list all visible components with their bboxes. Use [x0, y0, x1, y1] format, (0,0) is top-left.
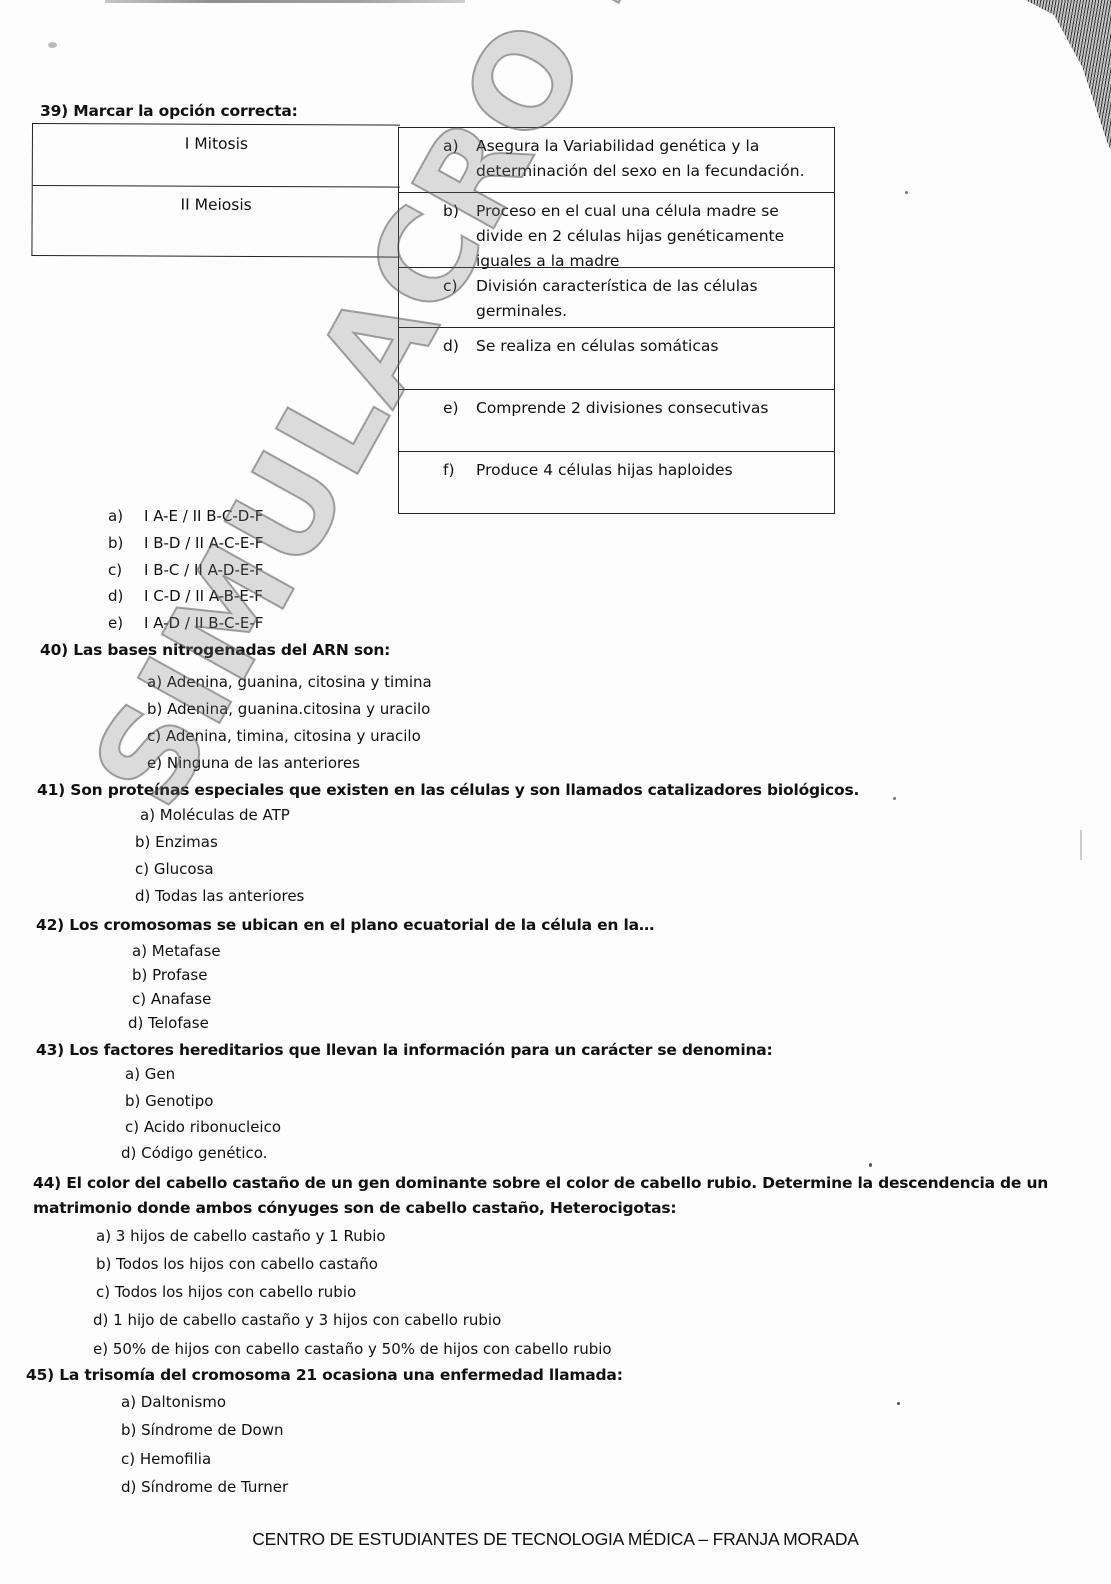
scan-speck — [869, 1163, 872, 1167]
q42-option-c[interactable]: c) Anafase — [132, 990, 211, 1008]
q39-option-d[interactable]: d)I C-D / II A-B-E-F — [108, 587, 263, 605]
q45-option-a[interactable]: a) Daltonismo — [121, 1393, 226, 1411]
q45-option-c[interactable]: c) Hemofilia — [121, 1450, 211, 1468]
scan-artifact-corner — [1016, 0, 1111, 150]
question-42-title: 42) Los cromosomas se ubican en el plano… — [36, 916, 654, 934]
option-text: I A-E / II B-C-D-F — [144, 507, 263, 525]
q39-option-a[interactable]: a)I A-E / II B-C-D-F — [108, 507, 263, 525]
q43-option-b[interactable]: b) Genotipo — [125, 1092, 213, 1110]
q43-option-a[interactable]: a) Gen — [125, 1065, 175, 1083]
statement-label: c) — [443, 274, 458, 299]
q41-option-a[interactable]: a) Moléculas de ATP — [140, 806, 290, 824]
q43-option-c[interactable]: c) Acido ribonucleico — [125, 1118, 281, 1136]
statement-text: Asegura la Variabilidad genética y la de… — [443, 134, 824, 184]
option-text: I C-D / II A-B-E-F — [144, 587, 263, 605]
q39-statement-c: c) División característica de las célula… — [399, 267, 835, 327]
question-43-title: 43) Los factores hereditarios que llevan… — [36, 1041, 773, 1059]
scan-speck — [48, 42, 57, 48]
statement-label: a) — [443, 134, 459, 159]
question-39-title: 39) Marcar la opción correcta: — [40, 102, 298, 120]
q39-statement-a: a) Asegura la Variabilidad genética y la… — [399, 127, 835, 192]
statement-text: División característica de las células g… — [443, 274, 824, 324]
q41-option-c[interactable]: c) Glucosa — [135, 860, 214, 878]
scan-speck — [897, 1402, 900, 1405]
scan-artifact-top — [105, 0, 465, 3]
q42-option-a[interactable]: a) Metafase — [132, 942, 221, 960]
q44-option-a[interactable]: a) 3 hijos de cabello castaño y 1 Rubio — [96, 1227, 386, 1245]
q39-item-mitosis: I Mitosis — [33, 134, 400, 154]
q44-option-e[interactable]: e) 50% de hijos con cabello castaño y 50… — [93, 1340, 612, 1358]
option-label: d) — [108, 587, 140, 605]
option-text: I B-D / II A-C-E-F — [144, 534, 263, 552]
statement-text: Comprende 2 divisiones consecutivas — [443, 396, 824, 421]
q41-option-b[interactable]: b) Enzimas — [135, 833, 218, 851]
q39-statement-b: b) Proceso en el cual una célula madre s… — [399, 192, 835, 267]
q42-option-b[interactable]: b) Profase — [132, 966, 207, 984]
q39-option-e[interactable]: e)I A-D / II B-C-E-F — [108, 614, 263, 632]
q40-option-c[interactable]: c) Adenina, timina, citosina y uracilo — [147, 727, 421, 745]
scan-speck — [905, 191, 908, 194]
statement-text: Proceso en el cual una célula madre se d… — [443, 199, 824, 274]
q40-option-a[interactable]: a) Adenina, guanina, citosina y timina — [147, 673, 432, 691]
statement-label: b) — [443, 199, 459, 224]
scan-speck — [1080, 830, 1082, 860]
q40-option-b[interactable]: b) Adenina, guanina.citosina y uracilo — [147, 700, 430, 718]
q39-statement-d: d) Se realiza en células somáticas — [399, 327, 835, 389]
q43-option-d[interactable]: d) Código genético. — [121, 1144, 267, 1162]
option-label: b) — [108, 534, 140, 552]
q39-option-c[interactable]: c)I B-C / II A-D-E-F — [108, 561, 263, 579]
q39-option-b[interactable]: b)I B-D / II A-C-E-F — [108, 534, 263, 552]
option-text: I B-C / II A-D-E-F — [144, 561, 263, 579]
q40-option-e[interactable]: e) Ninguna de las anteriores — [147, 754, 360, 772]
q39-right-column: a) Asegura la Variabilidad genética y la… — [398, 127, 835, 514]
statement-label: d) — [443, 334, 459, 359]
question-41-title: 41) Son proteínas especiales que existen… — [37, 781, 859, 799]
question-44-title-line1: 44) El color del cabello castaño de un g… — [33, 1174, 1048, 1192]
q39-left-column: I Mitosis II Meiosis — [31, 123, 400, 258]
question-40-title: 40) Las bases nitrogenadas del ARN son: — [40, 641, 390, 659]
scan-speck — [893, 797, 896, 800]
option-label: c) — [108, 561, 140, 579]
option-label: a) — [108, 507, 140, 525]
option-label: e) — [108, 614, 140, 632]
q41-option-d[interactable]: d) Todas las anteriores — [135, 887, 304, 905]
statement-text: Produce 4 células hijas haploides — [443, 458, 824, 483]
q45-option-b[interactable]: b) Síndrome de Down — [121, 1421, 284, 1439]
statement-text: Se realiza en células somáticas — [443, 334, 824, 359]
question-45-title: 45) La trisomía del cromosoma 21 ocasion… — [26, 1366, 623, 1384]
q44-option-c[interactable]: c) Todos los hijos con cabello rubio — [96, 1283, 356, 1301]
q42-option-d[interactable]: d) Telofase — [128, 1014, 209, 1032]
q39-statement-f: f) Produce 4 células hijas haploides — [399, 451, 835, 514]
q39-statement-e: e) Comprende 2 divisiones consecutivas — [399, 389, 835, 451]
question-44-title-line2: matrimonio donde ambos cónyuges son de c… — [33, 1199, 676, 1217]
statement-label: e) — [443, 396, 459, 421]
q39-item-meiosis: II Meiosis — [33, 195, 400, 215]
q44-option-b[interactable]: b) Todos los hijos con cabello castaño — [96, 1255, 378, 1273]
exam-page: 39) Marcar la opción correcta: I Mitosis… — [0, 0, 1111, 1584]
q44-option-d[interactable]: d) 1 hijo de cabello castaño y 3 hijos c… — [93, 1311, 501, 1329]
q39-left-divider — [33, 185, 400, 188]
q45-option-d[interactable]: d) Síndrome de Turner — [121, 1478, 288, 1496]
footer-organization: CENTRO DE ESTUDIANTES DE TECNOLOGIA MÉDI… — [0, 1529, 1111, 1550]
option-text: I A-D / II B-C-E-F — [144, 614, 263, 632]
statement-label: f) — [443, 458, 455, 483]
